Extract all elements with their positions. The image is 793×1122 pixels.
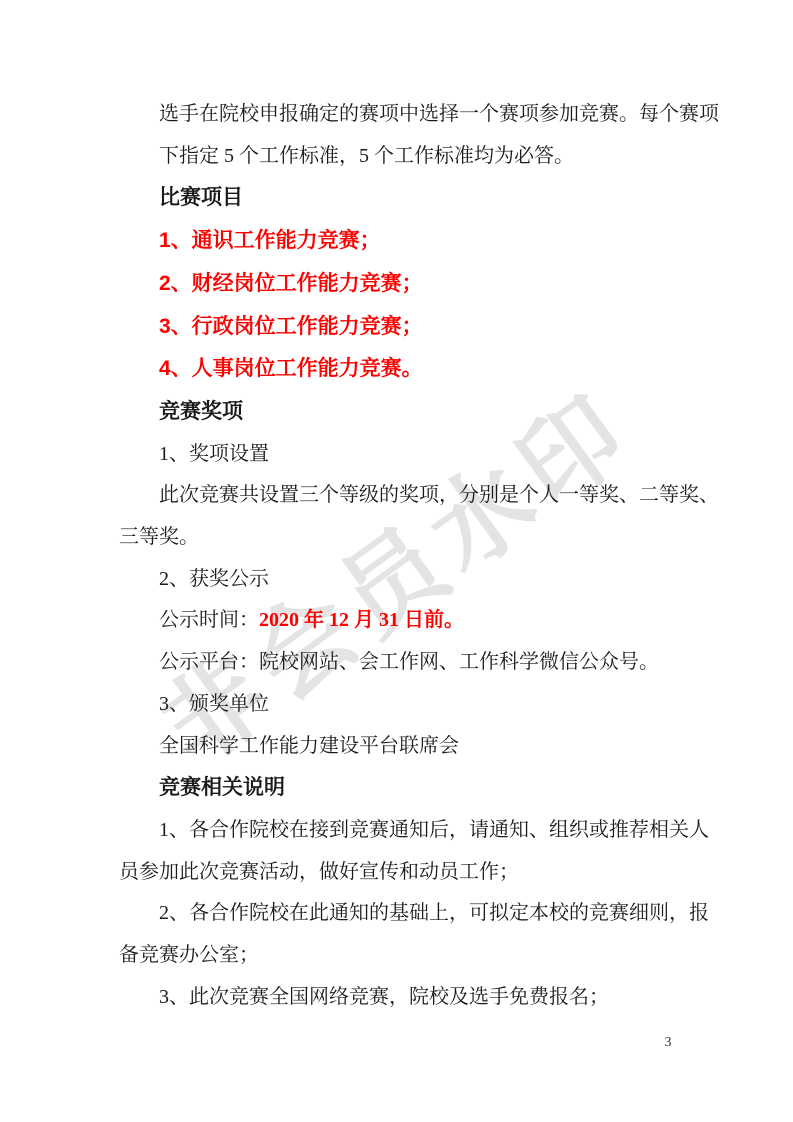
text-line: 全国科学工作能力建设平台联席会 bbox=[119, 726, 679, 768]
text-segment: 竞赛奖项 bbox=[159, 400, 243, 423]
document-page: 非会员水印 选手在院校申报确定的赛项中选择一个赛项参加竞赛。每个赛项下指定 5 … bbox=[0, 0, 793, 1122]
section-heading: 比赛项目 bbox=[119, 177, 679, 220]
text-segment: 员参加此次竞赛活动，做好宣传和动员工作； bbox=[119, 861, 519, 883]
highlighted-text: 3、行政岗位工作能力竞赛； bbox=[159, 315, 423, 338]
text-segment: 3、颁奖单位 bbox=[159, 693, 269, 715]
text-line: 三等奖。 bbox=[119, 517, 679, 559]
text-line: 公示时间：2020 年 12 月 31 日前。 bbox=[119, 600, 679, 642]
text-segment: 1、各合作院校在接到竞赛通知后，请通知、组织或推荐相关人 bbox=[159, 819, 709, 841]
page-number: 3 bbox=[656, 1033, 680, 1053]
highlighted-line: 2、财经岗位工作能力竞赛； bbox=[119, 263, 679, 306]
text-segment: 公示时间： bbox=[159, 609, 259, 631]
highlighted-text: 2、财经岗位工作能力竞赛； bbox=[159, 272, 423, 295]
text-segment: 1、奖项设置 bbox=[159, 443, 269, 465]
text-line: 此次竞赛共设置三个等级的奖项，分别是个人一等奖、二等奖、 bbox=[119, 475, 679, 517]
text-segment: 三等奖。 bbox=[119, 526, 199, 548]
document-body: 选手在院校申报确定的赛项中选择一个赛项参加竞赛。每个赛项下指定 5 个工作标准，… bbox=[119, 94, 679, 1018]
text-line: 备竞赛办公室； bbox=[119, 935, 679, 977]
text-line: 3、此次竞赛全国网络竞赛，院校及选手免费报名； bbox=[119, 977, 679, 1019]
highlighted-line: 3、行政岗位工作能力竞赛； bbox=[119, 306, 679, 349]
text-segment: 备竞赛办公室； bbox=[119, 944, 259, 966]
text-line: 1、各合作院校在接到竞赛通知后，请通知、组织或推荐相关人 bbox=[119, 810, 679, 852]
text-segment: 2、获奖公示 bbox=[159, 568, 269, 590]
text-line: 2、获奖公示 bbox=[119, 559, 679, 601]
highlighted-text: 4、人事岗位工作能力竞赛。 bbox=[159, 357, 423, 380]
text-line: 3、颁奖单位 bbox=[119, 684, 679, 726]
text-segment: 此次竞赛共设置三个等级的奖项，分别是个人一等奖、二等奖、 bbox=[159, 484, 719, 506]
text-segment: 公示平台：院校网站、会工作网、工作科学微信公众号。 bbox=[159, 651, 659, 673]
text-segment: 2、各合作院校在此通知的基础上，可拟定本校的竞赛细则，报 bbox=[159, 902, 709, 924]
text-line: 选手在院校申报确定的赛项中选择一个赛项参加竞赛。每个赛项 bbox=[119, 94, 679, 136]
highlighted-text: 2020 年 12 月 31 日前。 bbox=[259, 609, 464, 631]
section-heading: 竞赛相关说明 bbox=[119, 767, 679, 810]
highlighted-line: 1、通识工作能力竞赛； bbox=[119, 220, 679, 263]
highlighted-text: 1、通识工作能力竞赛； bbox=[159, 229, 381, 252]
text-line: 公示平台：院校网站、会工作网、工作科学微信公众号。 bbox=[119, 642, 679, 684]
text-segment: 比赛项目 bbox=[159, 186, 243, 209]
text-segment: 下指定 5 个工作标准，5 个工作标准均为必答。 bbox=[159, 145, 574, 167]
text-segment: 选手在院校申报确定的赛项中选择一个赛项参加竞赛。每个赛项 bbox=[159, 103, 719, 125]
text-line: 2、各合作院校在此通知的基础上，可拟定本校的竞赛细则，报 bbox=[119, 893, 679, 935]
highlighted-line: 4、人事岗位工作能力竞赛。 bbox=[119, 348, 679, 391]
text-segment: 竞赛相关说明 bbox=[159, 776, 285, 799]
text-line: 1、奖项设置 bbox=[119, 434, 679, 476]
text-line: 下指定 5 个工作标准，5 个工作标准均为必答。 bbox=[119, 136, 679, 178]
text-segment: 全国科学工作能力建设平台联席会 bbox=[159, 735, 459, 757]
text-segment: 3、此次竞赛全国网络竞赛，院校及选手免费报名； bbox=[159, 986, 609, 1008]
section-heading: 竞赛奖项 bbox=[119, 391, 679, 434]
text-line: 员参加此次竞赛活动，做好宣传和动员工作； bbox=[119, 852, 679, 894]
